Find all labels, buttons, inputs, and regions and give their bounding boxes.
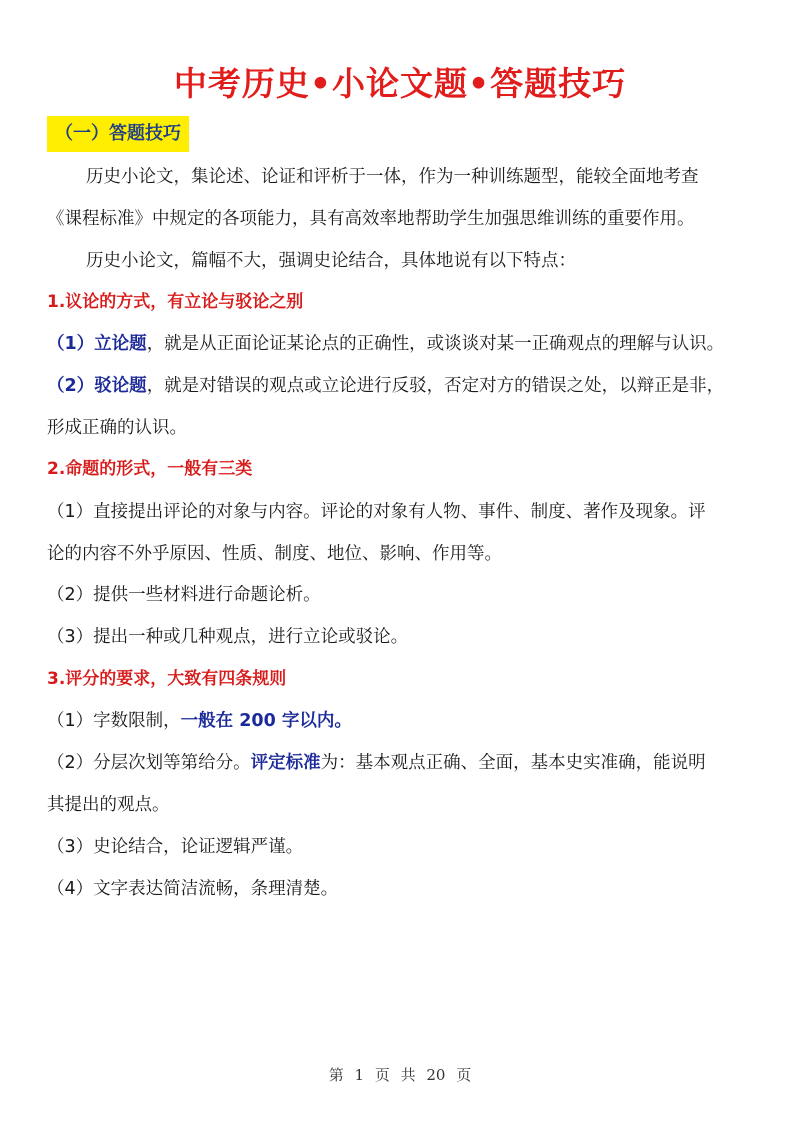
- section-heading: （一）答题技巧: [47, 116, 189, 152]
- point3-item2-highlight: 评定标准: [251, 753, 321, 773]
- point3-item2-suffix: 为：基本观点正确、全面，基本史实准确，能说明: [321, 753, 706, 773]
- point1-item2-text: ，就是对错误的观点或立论进行反驳，否定对方的错误之处，以辩正是非，: [147, 376, 725, 396]
- point3-item2-cont: 其提出的观点。: [47, 793, 757, 817]
- intro-p1-line2: 《课程标准》中规定的各项能力，具有高效率地帮助学生加强思维训练的重要作用。: [47, 207, 757, 231]
- intro-p1-line1: 历史小论文，集论述、论证和评析于一体，作为一种训练题型，能较全面地考查: [86, 165, 796, 189]
- point1-item2: （2）驳论题，就是对错误的观点或立论进行反驳，否定对方的错误之处，以辩正是非，: [47, 374, 757, 398]
- page-title: 中考历史•小论文题•答题技巧: [0, 58, 800, 105]
- point1-item2-cont: 形成正确的认识。: [47, 416, 757, 440]
- intro-p2: 历史小论文，篇幅不大，强调史论结合，具体地说有以下特点：: [86, 249, 796, 273]
- point3-heading: 3.评分的要求，大致有四条规则: [47, 667, 757, 691]
- point2-item1-line1: （1）直接提出评论的对象与内容。评论的对象有人物、事件、制度、著作及现象。评: [47, 500, 757, 524]
- point2-item1-line2: 论的内容不外乎原因、性质、制度、地位、影响、作用等。: [47, 542, 757, 566]
- point3-item1-highlight: 一般在 200 字以内。: [181, 711, 352, 731]
- point2-heading: 2.命题的形式，一般有三类: [47, 457, 757, 481]
- point1-item1: （1）立论题，就是从正面论证某论点的正确性，或谈谈对某一正确观点的理解与认识。: [47, 332, 757, 356]
- page-footer: 第 1 页 共 20 页: [0, 1064, 800, 1085]
- point1-item1-text: ，就是从正面论证某论点的正确性，或谈谈对某一正确观点的理解与认识。: [147, 334, 725, 354]
- point1-item1-label: （1）立论题: [47, 334, 147, 354]
- point1-heading: 1.议论的方式，有立论与驳论之别: [47, 290, 757, 314]
- point3-item2-prefix: （2）分层次划等第给分。: [47, 753, 251, 773]
- point2-item2: （2）提供一些材料进行命题论析。: [47, 583, 757, 607]
- point3-item4: （4）文字表达简洁流畅，条理清楚。: [47, 877, 757, 901]
- point3-item1: （1）字数限制，一般在 200 字以内。: [47, 709, 757, 733]
- point3-item3: （3）史论结合，论证逻辑严谨。: [47, 835, 757, 859]
- point1-item2-label: （2）驳论题: [47, 376, 147, 396]
- point3-item1-prefix: （1）字数限制，: [47, 711, 181, 731]
- point3-item2: （2）分层次划等第给分。评定标准为：基本观点正确、全面，基本史实准确，能说明: [47, 751, 757, 775]
- point2-item3: （3）提出一种或几种观点，进行立论或驳论。: [47, 625, 757, 649]
